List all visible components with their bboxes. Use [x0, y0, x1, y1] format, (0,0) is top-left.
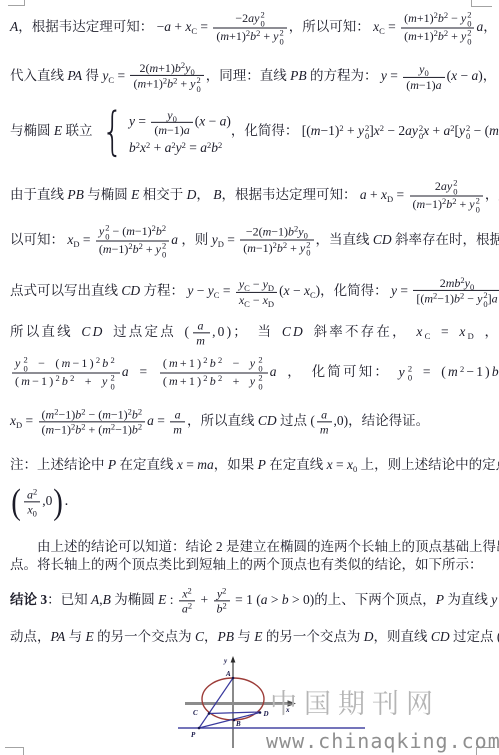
- formula-line-3-system: 与椭圆 E 联立 {y = y0(m−1)a(x − a)b2x2 + a2y2…: [10, 108, 499, 156]
- point-P-dot: [198, 727, 201, 730]
- text-boundary-mark-top-left: [8, 0, 25, 6]
- formula-line-1: A，根据韦达定理可知： −a + xC = −2ay20(m+1)2b2 + y…: [10, 11, 497, 46]
- formula-line-6: 点式可以写出直线 CD 方程： y − yC = yC − yDxC − xD(…: [10, 276, 499, 308]
- formula-line-4: 由于直线 PB 与椭圆 E 相交于 D， B，根据韦达定理可知： a + xD …: [10, 179, 499, 214]
- text-boundary-mark-bottom-left: [5, 747, 24, 755]
- formula-line-7: 所以直线 CD 过点定点 (am,0)； 当 CD 斜率不存在， xC = xD…: [10, 318, 499, 347]
- point-A-label: A: [225, 670, 231, 678]
- formula-line-9: xD = (m2−1)b2 − (m−1)2b2(m−1)2b2 + (m2−1…: [10, 407, 429, 436]
- text-boundary-mark-top-right: [471, 0, 492, 7]
- y-axis-arrow: [231, 656, 236, 663]
- segment-CD: [209, 712, 260, 714]
- point-D-label: D: [263, 710, 269, 718]
- fixed-point-formula: (a2x0,0)．: [10, 487, 78, 516]
- point-P-label: P: [191, 731, 196, 739]
- point-B-label: B: [235, 720, 241, 728]
- paragraph-line-2: 点。将长轴上的两个顶点类比到短轴上的两个顶点也有类似的结论，如下所示：: [10, 553, 483, 573]
- point-B-dot: [233, 719, 236, 722]
- journal-page: A，根据韦达定理可知： −a + xC = −2ay20(m+1)2b2 + y…: [0, 0, 499, 755]
- watermark-brand: 中国期刊网: [270, 682, 440, 721]
- point-A-dot: [232, 677, 235, 680]
- y-axis-label: y: [223, 657, 228, 665]
- formula-line-2: 代入直线 PA 得 yC = 2(m+1)b2y0(m+1)2b2 + y20，…: [10, 61, 496, 93]
- watermark-url: www.chinaqking.com: [266, 729, 499, 753]
- note-line: 注：上述结论中 P 在定直线 x = ma，如果 P 在定直线 x = x0 上…: [10, 453, 499, 473]
- point-C-label: C: [193, 709, 198, 717]
- paragraph-line-1: 由上述的结论可以知道：结论 2 是建立在椭圆的连两个长轴上的顶点基础上得出的定: [10, 535, 499, 555]
- conclusion-3-line-2: 动点，PA 与 E 的另一个交点为 C，PB 与 E 的另一个交点为 D，则直线…: [10, 623, 499, 652]
- formula-line-5: 以可知： xD = y20 − (m−1)2b2(m−1)2b2 + y20a …: [10, 224, 499, 259]
- point-D-dot: [259, 711, 262, 714]
- formula-line-8: y20 − (m−1)2b2(m−1)2b2 + y20a = (m+1)2b2…: [10, 356, 499, 391]
- conclusion-3-line-1: 结论 3：已知 A,B 为椭圆 E : x2a2 + y2b2 = 1 (a >…: [10, 586, 499, 615]
- point-C-dot: [208, 712, 211, 715]
